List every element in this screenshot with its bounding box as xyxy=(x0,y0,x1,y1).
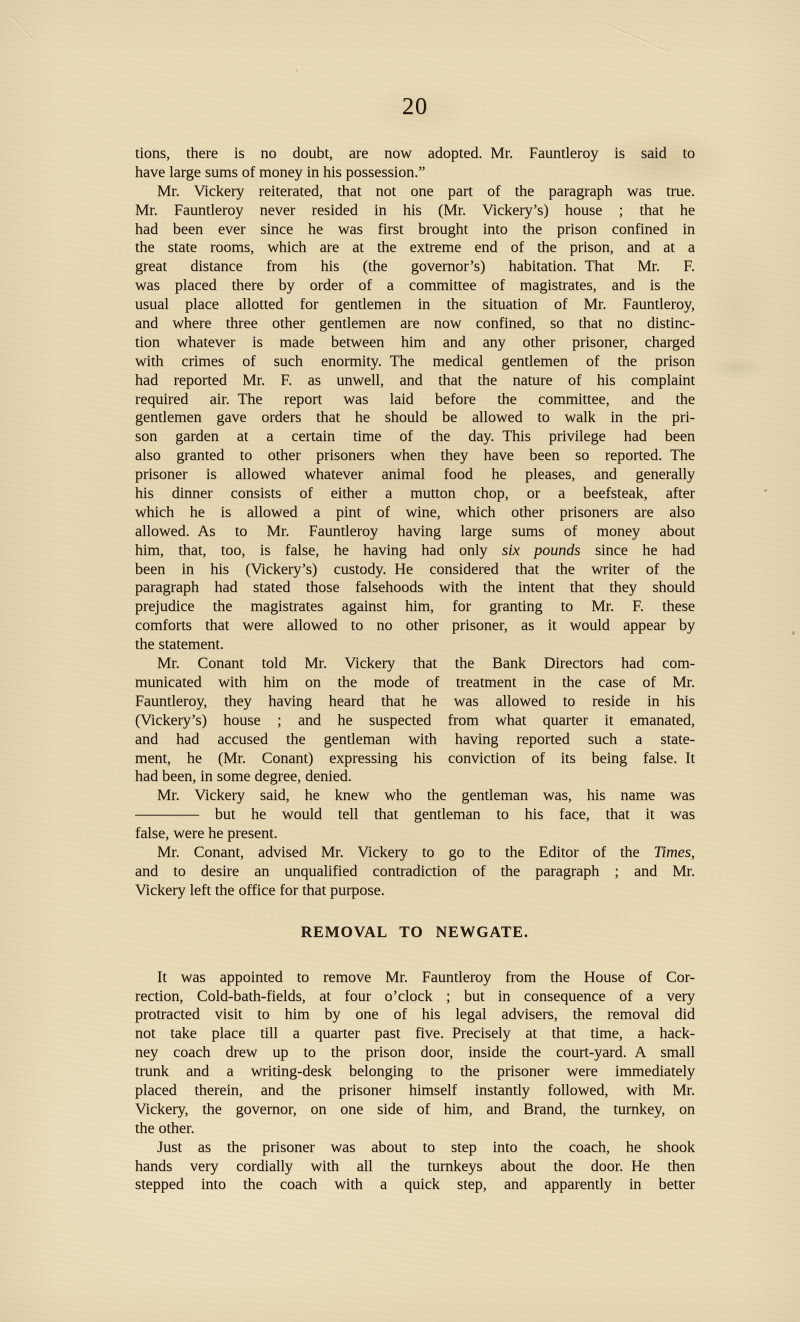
text-segment: the other. xyxy=(135,1120,195,1137)
text-segment: prejudice the magistrates against him, f… xyxy=(135,598,695,615)
text-segment: Mr. Conant told Mr. Vickery that the Ban… xyxy=(157,655,695,672)
text-segment: tion whatever is made between him and an… xyxy=(135,334,695,351)
text-line: with crimes of such enormity. The medica… xyxy=(135,353,695,372)
text-segment: municated with him on the mode of treatm… xyxy=(135,674,695,691)
text-segment: and had accused the gentleman with havin… xyxy=(135,731,695,748)
text-block: tions, there is no doubt, are now adopte… xyxy=(135,145,695,1195)
text-segment: hands very cordially with all the turnke… xyxy=(135,1158,695,1175)
text-segment: usual place allotted for gentlemen in th… xyxy=(135,296,695,313)
paragraph: tions, there is no doubt, are now adopte… xyxy=(135,145,695,183)
text-segment: prisoner is allowed whatever animal food… xyxy=(135,466,695,483)
text-segment: ment, he (Mr. Conant) expressing his con… xyxy=(135,750,695,767)
text-line: allowed. As to Mr. Fauntleroy having lar… xyxy=(135,523,695,542)
text-segment: the statement. xyxy=(135,636,224,653)
text-segment: placed therein, and the prisoner himself… xyxy=(135,1082,695,1099)
paragraph: Just as the prisoner was about to step i… xyxy=(135,1139,695,1196)
text-line: Mr. Vickery said, he knew who the gentle… xyxy=(135,787,695,806)
paper-speck xyxy=(764,489,767,492)
text-segment: paragraph had stated those falsehoods wi… xyxy=(135,579,695,596)
text-segment: had been ever since he was first brought… xyxy=(135,221,695,238)
text-line: great distance from his (the governor’s)… xyxy=(135,258,695,277)
italic-text: Times xyxy=(654,844,691,861)
text-segment: Mr. Vickery reiterated, that not one par… xyxy=(157,183,695,200)
text-line: Mr. Fauntleroy never resided in his (Mr.… xyxy=(135,202,695,221)
text-line: Mr. Conant, advised Mr. Vickery to go to… xyxy=(135,844,695,863)
text-segment: Fauntleroy, they having heard that he wa… xyxy=(135,693,695,710)
text-segment: It was appointed to remove Mr. Fauntlero… xyxy=(157,969,695,986)
text-line: had been ever since he was first brought… xyxy=(135,221,695,240)
text-line: hands very cordially with all the turnke… xyxy=(135,1158,695,1177)
text-segment: him, that, too, is false, he having had … xyxy=(135,542,502,559)
text-line: son garden at a certain time of the day.… xyxy=(135,428,695,447)
text-line: and where three other gentlemen are now … xyxy=(135,315,695,334)
text-line: and had accused the gentleman with havin… xyxy=(135,731,695,750)
text-line: placed therein, and the prisoner himself… xyxy=(135,1082,695,1101)
text-segment: ———— but he would tell that gentleman to… xyxy=(135,806,695,823)
text-segment: tions, there is no doubt, are now adopte… xyxy=(135,145,695,162)
text-segment: Mr. Vickery said, he knew who the gentle… xyxy=(157,787,695,804)
text-line: have large sums of money in his possessi… xyxy=(135,164,695,183)
text-segment: great distance from his (the governor’s)… xyxy=(135,258,695,275)
text-segment: Vickery, the governor, on one side of hi… xyxy=(135,1101,695,1118)
text-line: Just as the prisoner was about to step i… xyxy=(135,1139,695,1158)
text-line: had been, in some degree, denied. xyxy=(135,768,695,787)
text-line: protracted visit to him by one of his le… xyxy=(135,1006,695,1025)
text-line: been in his (Vickery’s) custody. He cons… xyxy=(135,561,695,580)
text-line: Mr. Conant told Mr. Vickery that the Ban… xyxy=(135,655,695,674)
text-segment: comforts that were allowed to no other p… xyxy=(135,617,695,634)
text-line: paragraph had stated those falsehoods wi… xyxy=(135,579,695,598)
text-line: trunk and a writing-desk belonging to th… xyxy=(135,1063,695,1082)
text-line: tions, there is no doubt, are now adopte… xyxy=(135,145,695,164)
text-segment: had been, in some degree, denied. xyxy=(135,768,352,785)
text-segment: since he had xyxy=(580,542,695,559)
text-line: prejudice the magistrates against him, f… xyxy=(135,598,695,617)
paragraph: Mr. Vickery reiterated, that not one par… xyxy=(135,183,695,655)
text-line: gentlemen gave orders that he should be … xyxy=(135,409,695,428)
book-page: 20 tions, there is no doubt, are now ado… xyxy=(0,0,800,1322)
text-line: Mr. Vickery reiterated, that not one par… xyxy=(135,183,695,202)
text-segment: son garden at a certain time of the day.… xyxy=(135,428,695,445)
text-line: prisoner is allowed whatever animal food… xyxy=(135,466,695,485)
text-line: false, were he present. xyxy=(135,825,695,844)
text-line: ney coach drew up to the prison door, in… xyxy=(135,1044,695,1063)
paragraph: It was appointed to remove Mr. Fauntlero… xyxy=(135,969,695,1139)
text-line: the state rooms, which are at the extrem… xyxy=(135,239,695,258)
text-segment: , xyxy=(691,844,695,861)
italic-text: six pounds xyxy=(502,542,581,559)
text-line: his dinner consists of either a mutton c… xyxy=(135,485,695,504)
text-segment: had reported Mr. F. as unwell, and that … xyxy=(135,372,695,389)
body-text-part-1: tions, there is no doubt, are now adopte… xyxy=(135,145,695,901)
text-line: ———— but he would tell that gentleman to… xyxy=(135,806,695,825)
text-line: was placed there by order of a committee… xyxy=(135,277,695,296)
text-line: Vickery left the office for that purpose… xyxy=(135,882,695,901)
text-line: ment, he (Mr. Conant) expressing his con… xyxy=(135,750,695,769)
text-segment: (Vickery’s) house ; and he suspected fro… xyxy=(135,712,695,729)
text-line: comforts that were allowed to no other p… xyxy=(135,617,695,636)
text-line: required air. The report was laid before… xyxy=(135,391,695,410)
text-line: Vickery, the governor, on one side of hi… xyxy=(135,1101,695,1120)
text-segment: gentlemen gave orders that he should be … xyxy=(135,409,695,426)
text-segment: stepped into the coach with a quick step… xyxy=(135,1176,695,1193)
text-segment: allowed. As to Mr. Fauntleroy having lar… xyxy=(135,523,695,540)
text-segment: protracted visit to him by one of his le… xyxy=(135,1006,695,1023)
paper-speck xyxy=(296,69,298,72)
page-number: 20 xyxy=(135,94,695,120)
text-segment: also granted to other prisoners when the… xyxy=(135,447,695,464)
text-segment: Vickery left the office for that purpose… xyxy=(135,882,385,899)
text-segment: false, were he present. xyxy=(135,825,278,842)
text-line: municated with him on the mode of treatm… xyxy=(135,674,695,693)
text-segment: which he is allowed a pint of wine, whic… xyxy=(135,504,695,521)
text-segment: have large sums of money in his possessi… xyxy=(135,164,425,181)
text-segment: the state rooms, which are at the extrem… xyxy=(135,239,695,256)
text-line: which he is allowed a pint of wine, whic… xyxy=(135,504,695,523)
text-segment: his dinner consists of either a mutton c… xyxy=(135,485,695,502)
text-segment: rection, Cold-bath-fields, at four o’clo… xyxy=(135,988,695,1005)
text-segment: with crimes of such enormity. The medica… xyxy=(135,353,695,370)
text-line: the other. xyxy=(135,1120,695,1139)
section-heading: REMOVAL TO NEWGATE. xyxy=(135,923,695,942)
text-segment: been in his (Vickery’s) custody. He cons… xyxy=(135,561,695,578)
paragraph: Mr. Conant, advised Mr. Vickery to go to… xyxy=(135,844,695,901)
text-line: It was appointed to remove Mr. Fauntlero… xyxy=(135,969,695,988)
text-segment: not take place till a quarter past five.… xyxy=(135,1025,695,1042)
body-text-part-2: It was appointed to remove Mr. Fauntlero… xyxy=(135,969,695,1196)
text-segment: was placed there by order of a committee… xyxy=(135,277,695,294)
text-segment: Mr. Conant, advised Mr. Vickery to go to… xyxy=(157,844,654,861)
text-line: rection, Cold-bath-fields, at four o’clo… xyxy=(135,988,695,1007)
paper-crease-top-left xyxy=(13,17,34,40)
text-line: and to desire an unqualified contradicti… xyxy=(135,863,695,882)
text-segment: ney coach drew up to the prison door, in… xyxy=(135,1044,695,1061)
text-line: Fauntleroy, they having heard that he wa… xyxy=(135,693,695,712)
text-segment: required air. The report was laid before… xyxy=(135,391,695,408)
text-line: the statement. xyxy=(135,636,695,655)
text-line: stepped into the coach with a quick step… xyxy=(135,1176,695,1195)
text-line: (Vickery’s) house ; and he suspected fro… xyxy=(135,712,695,731)
text-line: tion whatever is made between him and an… xyxy=(135,334,695,353)
text-segment: Mr. Fauntleroy never resided in his (Mr.… xyxy=(135,202,695,219)
text-line: not take place till a quarter past five.… xyxy=(135,1025,695,1044)
text-segment: and to desire an unqualified contradicti… xyxy=(135,863,695,880)
text-line: also granted to other prisoners when the… xyxy=(135,447,695,466)
text-line: had reported Mr. F. as unwell, and that … xyxy=(135,372,695,391)
text-segment: trunk and a writing-desk belonging to th… xyxy=(135,1063,695,1080)
paper-crease-top-right xyxy=(609,25,670,53)
text-segment: and where three other gentlemen are now … xyxy=(135,315,695,332)
text-line: usual place allotted for gentlemen in th… xyxy=(135,296,695,315)
paragraph: Mr. Vickery said, he knew who the gentle… xyxy=(135,787,695,844)
paper-speck xyxy=(792,631,795,635)
text-line: him, that, too, is false, he having had … xyxy=(135,542,695,561)
paragraph: Mr. Conant told Mr. Vickery that the Ban… xyxy=(135,655,695,787)
text-segment: Just as the prisoner was about to step i… xyxy=(157,1139,695,1156)
